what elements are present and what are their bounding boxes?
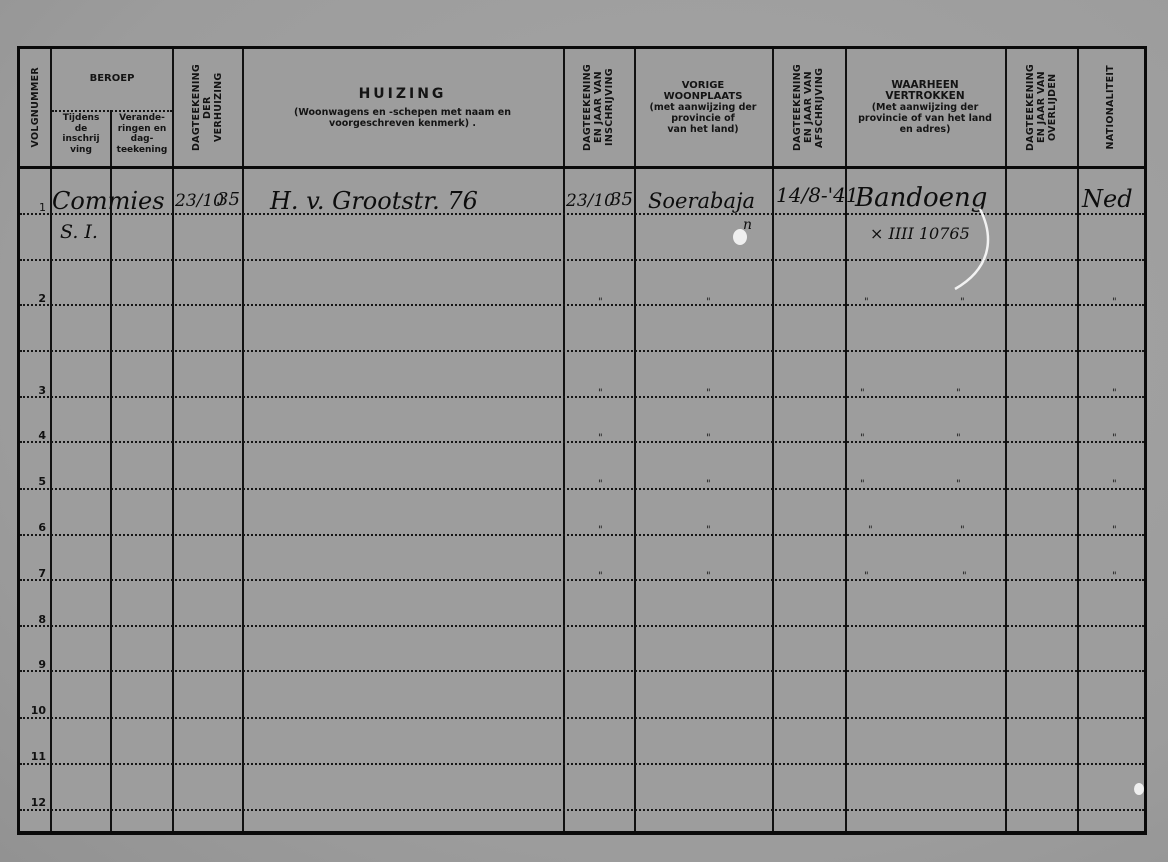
ditto-mark: " bbox=[956, 433, 961, 444]
ditto-mark: " bbox=[706, 571, 711, 582]
column-divider bbox=[110, 110, 112, 831]
ditto-mark: " bbox=[706, 479, 711, 490]
row-rule bbox=[20, 579, 1144, 581]
header-afschrijving: DAGTEEKENING EN JAAR VAN AFSCHRIJVING bbox=[772, 49, 845, 166]
huizing-subtitle-1: (Woonwagens en -schepen met naam en bbox=[294, 107, 511, 118]
header-volgnummer-label: VOLGNUMMER bbox=[30, 67, 41, 148]
entry-verhuizing-year: 35 bbox=[217, 189, 240, 210]
ditto-mark: " bbox=[860, 479, 865, 490]
entry-beroep-line2: S. I. bbox=[60, 221, 98, 243]
row-rule bbox=[20, 625, 1144, 627]
row-rule bbox=[20, 670, 1144, 672]
header-dagteekening-verhuizing: DAGTEEKENING DER VERHUIZING bbox=[172, 49, 242, 166]
ditto-mark: " bbox=[706, 388, 711, 399]
row-number: 1 bbox=[20, 201, 46, 214]
row-rule bbox=[20, 396, 1144, 398]
ditto-mark: " bbox=[962, 571, 967, 582]
paper-damage-spot bbox=[1134, 783, 1144, 795]
header-nationaliteit: NATIONALITEIT bbox=[1077, 49, 1144, 166]
row-rule bbox=[20, 763, 1144, 765]
header-beroep-veranderingen: Verande- ringen en dag- teekening bbox=[112, 113, 172, 155]
ditto-mark: " bbox=[868, 525, 873, 536]
ditto-mark: " bbox=[598, 388, 603, 399]
row-rule bbox=[20, 488, 1144, 490]
entry-nationaliteit: Ned bbox=[1082, 185, 1133, 213]
entry-beroep: Commies bbox=[52, 187, 165, 215]
paper-damage-spot bbox=[733, 229, 747, 245]
ditto-mark: " bbox=[598, 297, 603, 308]
ditto-mark: " bbox=[706, 525, 711, 536]
header-inschrijving-label: DAGTEEKENING EN JAAR VAN INSCHRIJVING bbox=[582, 64, 615, 151]
entry-inschrijving-year: 35 bbox=[610, 189, 633, 210]
ditto-mark: " bbox=[1112, 525, 1117, 536]
ditto-mark: " bbox=[864, 571, 869, 582]
ditto-mark: " bbox=[1112, 571, 1117, 582]
header-overlijden: DAGTEEKENING EN JAAR VAN OVERLIJDEN bbox=[1005, 49, 1077, 166]
row-rule bbox=[20, 717, 1144, 719]
row-number: 10 bbox=[20, 704, 46, 717]
row-number: 2 bbox=[20, 292, 46, 305]
ditto-mark: " bbox=[706, 297, 711, 308]
vorige-sub-1: (met aanwijzing der bbox=[650, 102, 757, 113]
row-number: 3 bbox=[20, 384, 46, 397]
ditto-mark: " bbox=[860, 433, 865, 444]
beroep-divider bbox=[52, 110, 172, 112]
ditto-mark: " bbox=[1112, 388, 1117, 399]
row-number: 12 bbox=[20, 796, 46, 809]
row-number: 4 bbox=[20, 429, 46, 442]
header-waarheen-vertrokken: WAARHEEN VERTROKKEN (Met aanwijzing der … bbox=[845, 49, 1005, 166]
register-form-table: VOLGNUMMER BEROEP Tijdens de inschrij vi… bbox=[17, 46, 1147, 835]
header-overlijden-label: DAGTEEKENING EN JAAR VAN OVERLIJDEN bbox=[1025, 64, 1058, 151]
row-rule bbox=[20, 304, 1144, 306]
ditto-mark: " bbox=[598, 479, 603, 490]
row-rule bbox=[20, 809, 1144, 811]
row-rule bbox=[20, 350, 1144, 352]
header-volgnummer: VOLGNUMMER bbox=[20, 49, 50, 166]
waarheen-sub-1: (Met aanwijzing der bbox=[872, 102, 979, 113]
waarheen-sub-2: provincie of van het land bbox=[858, 113, 992, 124]
ditto-mark: " bbox=[860, 388, 865, 399]
ditto-mark: " bbox=[960, 525, 965, 536]
entry-vorige-woonplaats: Soerabaja bbox=[648, 189, 755, 213]
vorige-sub-3: van het land) bbox=[667, 124, 738, 135]
header-afschrijving-label: DAGTEEKENING EN JAAR VAN AFSCHRIJVING bbox=[792, 64, 825, 151]
ditto-mark: " bbox=[706, 433, 711, 444]
ditto-mark: " bbox=[956, 388, 961, 399]
vorige-title-2: WOONPLAATS bbox=[664, 91, 743, 102]
header-vorige-woonplaats: VORIGE WOONPLAATS (met aanwijzing der pr… bbox=[634, 49, 772, 166]
vorige-title-1: VORIGE bbox=[682, 80, 725, 91]
scratch-mark bbox=[950, 209, 1010, 299]
ditto-mark: " bbox=[598, 571, 603, 582]
ditto-mark: " bbox=[598, 525, 603, 536]
row-rule bbox=[20, 534, 1144, 536]
entry-afschrijving: 14/8-'41 bbox=[776, 183, 859, 207]
header-beroep-tijdens: Tijdens de inschrij ving bbox=[52, 113, 110, 155]
row-number: 6 bbox=[20, 521, 46, 534]
header-nationaliteit-label: NATIONALITEIT bbox=[1105, 65, 1116, 149]
ditto-mark: " bbox=[1112, 479, 1117, 490]
header-inschrijving: DAGTEEKENING EN JAAR VAN INSCHRIJVING bbox=[563, 49, 634, 166]
row-number: 9 bbox=[20, 658, 46, 671]
ditto-mark: " bbox=[1112, 297, 1117, 308]
entry-huizing-address: H. v. Grootstr. 76 bbox=[270, 187, 478, 215]
row-rule bbox=[20, 441, 1144, 443]
ditto-mark: " bbox=[864, 297, 869, 308]
waarheen-sub-3: en adres) bbox=[900, 124, 951, 135]
waarheen-title-2: VERTROKKEN bbox=[885, 91, 964, 102]
header-beroep: BEROEP bbox=[52, 73, 172, 84]
entry-inschrijving-date: 23/10 bbox=[566, 191, 615, 211]
ditto-mark: " bbox=[1112, 433, 1117, 444]
header-verhuizing-label: DAGTEEKENING DER VERHUIZING bbox=[191, 64, 224, 151]
row-number: 5 bbox=[20, 475, 46, 488]
huizing-subtitle-2: voorgeschreven kenmerk) . bbox=[329, 118, 476, 129]
huizing-title: HUIZING bbox=[359, 86, 447, 102]
row-number: 11 bbox=[20, 750, 46, 763]
header-bottom-rule bbox=[20, 166, 1144, 169]
scanned-register-card: VOLGNUMMER BEROEP Tijdens de inschrij vi… bbox=[0, 0, 1168, 862]
row-number: 7 bbox=[20, 567, 46, 580]
vorige-sub-2: provincie of bbox=[671, 113, 735, 124]
ditto-mark: " bbox=[956, 479, 961, 490]
row-number: 8 bbox=[20, 613, 46, 626]
ditto-mark: " bbox=[598, 433, 603, 444]
header-huizing: HUIZING (Woonwagens en -schepen met naam… bbox=[242, 49, 563, 166]
